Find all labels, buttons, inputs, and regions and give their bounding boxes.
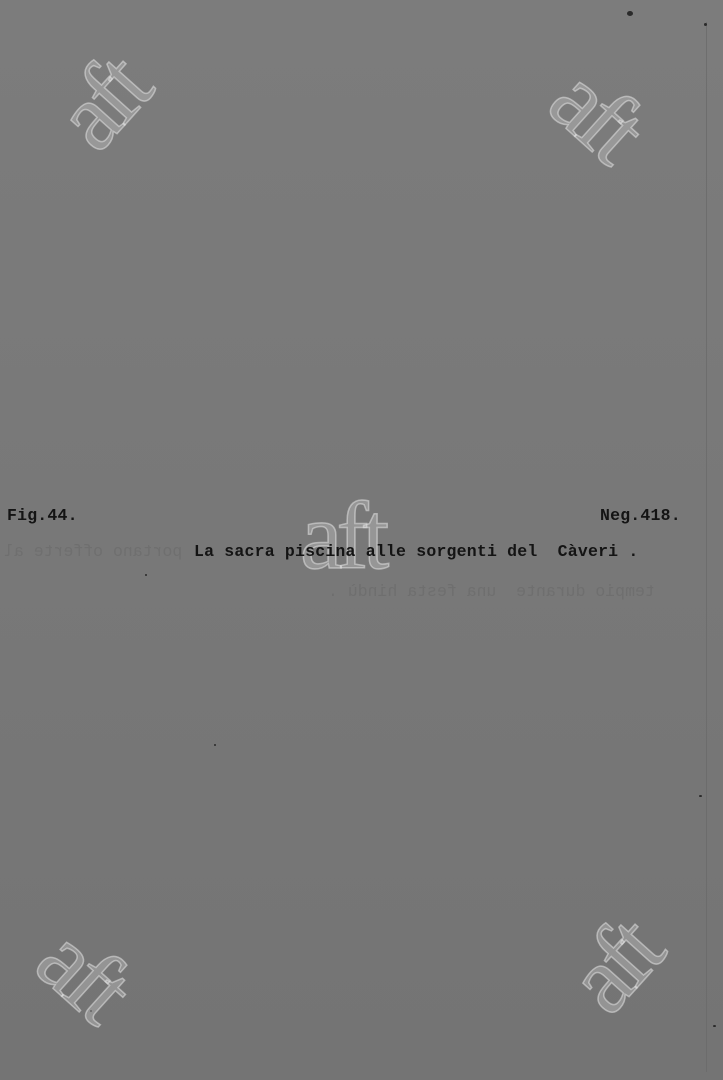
dust-speck [145, 574, 147, 576]
dust-speck [713, 1025, 716, 1027]
watermark-center: aft [300, 488, 383, 584]
bleed-through-line-1: portano offerte al [4, 542, 182, 561]
bleed-through-line-2: tempio durante una festa hindù . [328, 582, 655, 601]
dust-speck [214, 744, 216, 746]
caption: La sacra piscina alle sorgenti del Càver… [194, 542, 638, 561]
figure-label: Fig.44. [7, 506, 78, 525]
watermark-bottom-left: aft [21, 909, 147, 1036]
dust-speck [699, 795, 702, 797]
negative-label: Neg.418. [600, 506, 681, 525]
dust-speck [627, 11, 633, 16]
dust-speck [704, 23, 707, 26]
card-edge-line [706, 22, 707, 1072]
watermark-top-right: aft [534, 49, 660, 176]
watermark-bottom-right: aft [550, 903, 677, 1029]
scanned-document-card: aft aft aft aft aft portano offerte al t… [0, 0, 723, 1080]
watermark-top-left: aft [38, 40, 165, 166]
